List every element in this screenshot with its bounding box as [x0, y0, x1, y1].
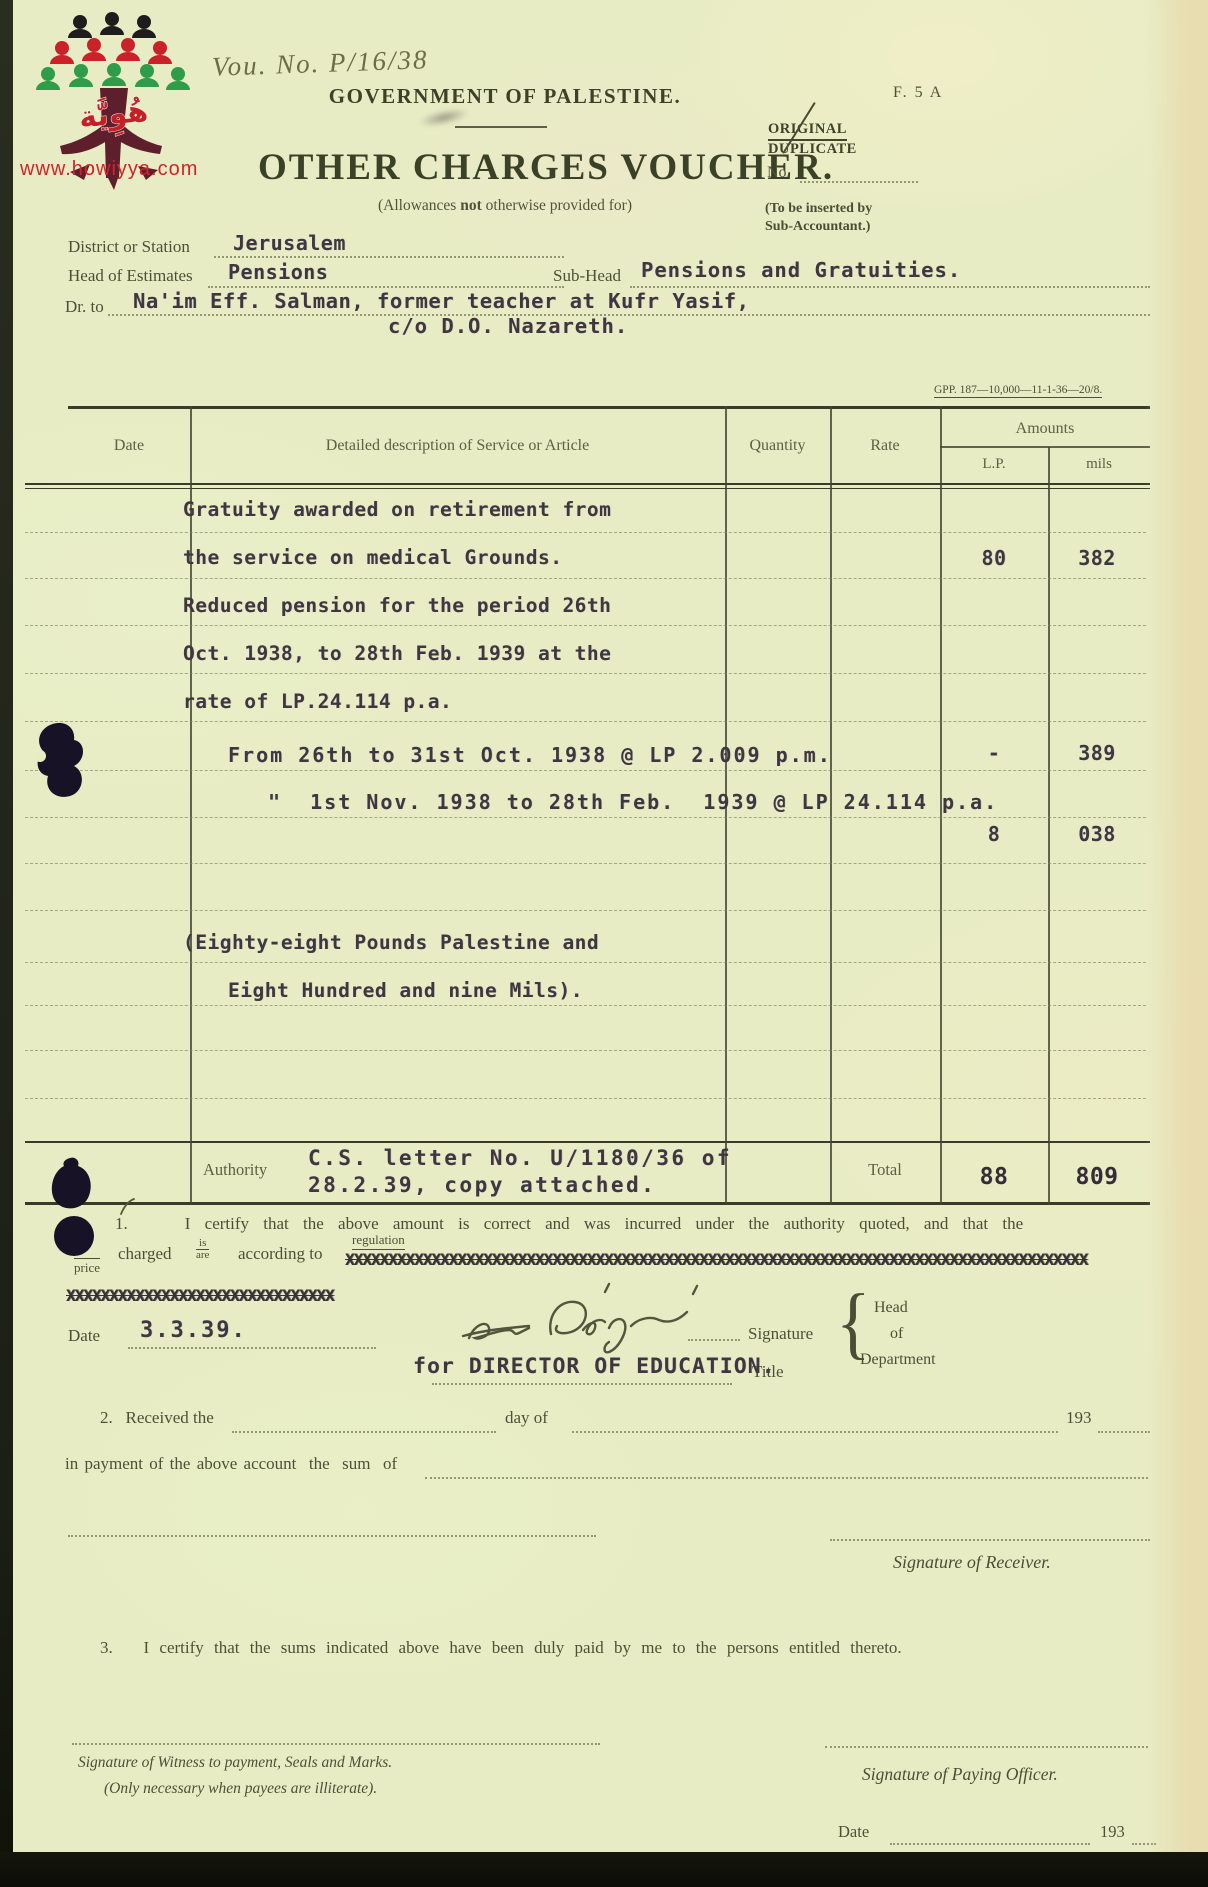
are-word: are: [196, 1250, 209, 1261]
insert-note-line2: Sub-Accountant.): [765, 219, 870, 235]
ruled-line: [25, 1005, 1146, 1007]
desc-line: From 26th to 31st Oct. 1938 @ LP 2.009 p…: [228, 743, 832, 767]
desc-line: Oct. 1938, to 28th Feb. 1939 at the: [183, 642, 611, 665]
date-line: [128, 1346, 376, 1349]
received-prefix: 2. Received the: [100, 1408, 214, 1428]
according-word: according to: [238, 1244, 323, 1264]
government-title: GOVERNMENT OF PALESTINE.: [0, 84, 1010, 109]
drto-line: [108, 313, 1150, 316]
ruled-line: [25, 770, 1146, 772]
receiver-left-line: [68, 1534, 596, 1537]
form-code: F. 5 A: [893, 84, 943, 102]
receiver-right-line: [830, 1538, 1150, 1541]
witness-text-2: (Only necessary when payees are illitera…: [104, 1780, 377, 1798]
desc-line: the service on medical Grounds.: [183, 546, 562, 569]
ruled-line: [25, 910, 1146, 912]
no-line: [800, 180, 918, 183]
date-value: 3.3.39.: [140, 1318, 247, 1343]
signature-line: [688, 1338, 740, 1341]
ruled-line: [25, 578, 1146, 580]
table-body-bottom-rule: [25, 1141, 1150, 1143]
head-of-department-3: Department: [860, 1351, 936, 1369]
desc-line: Reduced pension for the period 26th: [183, 594, 611, 617]
drto-value-1: Na'im Eff. Salman, former teacher at Kuf…: [133, 289, 749, 313]
table-header-bottom-rule: [25, 483, 1150, 489]
for-director-value: for DIRECTOR OF EDUCATION.: [413, 1354, 776, 1379]
howiyya-url: www.howiyya.com: [20, 158, 198, 181]
paying-officer-line: [825, 1745, 1148, 1748]
bottom-date-line: [890, 1842, 1090, 1845]
head-of-department-1: Head: [874, 1299, 908, 1317]
authority-value-1: C.S. letter No. U/1180/36 of: [308, 1146, 732, 1170]
witness-line: [72, 1742, 600, 1745]
col-header-description: Detailed description of Service or Artic…: [190, 437, 725, 455]
received-line-1: [232, 1430, 496, 1433]
ruled-line: [25, 962, 1146, 964]
estimates-value: Pensions: [228, 260, 328, 284]
day-of-label: day of: [505, 1408, 548, 1428]
regulation-word: regulation: [352, 1232, 405, 1250]
ruled-line: [25, 817, 1146, 819]
certify-line-1: 1. I certify that the above amount is co…: [115, 1214, 1023, 1234]
col-header-date: Date: [68, 437, 190, 455]
receiver-label: Signature of Receiver.: [893, 1552, 1051, 1573]
ruled-line: [25, 532, 1146, 534]
ruled-line: [25, 1098, 1146, 1100]
handwritten-voucher-no: Vou. No. P/16/38: [212, 44, 429, 83]
col-header-lp: L.P.: [940, 456, 1048, 473]
page-title: OTHER CHARGES VOUCHER.: [258, 146, 834, 189]
title-line: [432, 1382, 732, 1385]
voucher-subtitle: (Allowances not otherwise provided for): [250, 197, 760, 215]
price-word: price: [74, 1258, 100, 1276]
bottom-year: 193: [1100, 1822, 1125, 1842]
ruled-line: [25, 721, 1146, 723]
received-line-2: [572, 1430, 1058, 1433]
ruled-line: [25, 863, 1146, 865]
desc-line: Gratuity awarded on retirement from: [183, 498, 611, 521]
ink-blob-1: [28, 716, 104, 816]
total-label: Total: [830, 1160, 940, 1180]
table-top-rule: [68, 406, 1150, 409]
head-of-department-2: of: [890, 1325, 903, 1343]
received-year-line: [1098, 1430, 1150, 1433]
ink-blob-2: [40, 1156, 106, 1272]
amount-mils: 382: [1048, 546, 1146, 570]
ruled-line: [25, 625, 1146, 627]
desc-line: (Eighty-eight Pounds Palestine and: [183, 931, 599, 954]
col-header-rate: Rate: [830, 437, 940, 455]
subhead-line: [630, 285, 1150, 288]
desc-line: " 1st Nov. 1938 to 28th Feb. 1939 @ LP 2…: [268, 790, 998, 814]
subtitle-not: not: [460, 197, 482, 214]
drto-label: Dr. to: [65, 297, 104, 317]
amount-lp: -: [940, 741, 1048, 765]
subhead-label: Sub-Head: [553, 266, 621, 286]
original-label: ORIGINAL: [768, 121, 847, 141]
amount-mils: 038: [1048, 822, 1146, 846]
desc-line: Eight Hundred and nine Mils).: [228, 979, 583, 1002]
amount-lp: 8: [940, 822, 1048, 846]
col-header-amounts: Amounts: [940, 420, 1150, 438]
total-lp: 88: [940, 1164, 1048, 1190]
ruled-line: [25, 673, 1146, 675]
date-label: Date: [68, 1326, 100, 1346]
struck-out-text-long: XXXXXXXXXXXXXXXXXXXXXXXXXXXXXXXXXXXXXXXX…: [345, 1250, 1147, 1269]
total-mils: 809: [1048, 1164, 1146, 1190]
paper-right-band: [1146, 0, 1208, 1887]
paying-officer-label: Signature of Paying Officer.: [862, 1764, 1058, 1785]
estimates-label: Head of Estimates: [68, 266, 193, 286]
estimates-line: [208, 285, 564, 288]
subtitle-pre: (Allowances: [378, 197, 460, 214]
subhead-value: Pensions and Gratuities.: [641, 258, 961, 282]
bottom-date-label: Date: [838, 1822, 869, 1842]
col-header-mils: mils: [1048, 456, 1150, 473]
fraction-is-are: is are: [196, 1238, 209, 1261]
witness-text-1: Signature of Witness to payment, Seals a…: [78, 1754, 392, 1772]
authority-label: Authority: [203, 1160, 267, 1180]
no-label: No.: [767, 164, 791, 182]
print-ref: GPP. 187—10,000—11-1-36—20/8.: [934, 384, 1102, 398]
drto-value-2: c/o D.O. Nazareth.: [388, 314, 628, 338]
subtitle-post: otherwise provided for): [482, 197, 632, 214]
insert-note-line1: (To be inserted by: [765, 201, 872, 217]
amount-mils: 389: [1048, 741, 1146, 765]
voucher-scan: هُوِيَّة www.howiyya.com Vou. No. P/16/3…: [0, 0, 1208, 1887]
district-label: District or Station: [68, 237, 190, 257]
col-line-date: [190, 406, 192, 1205]
heading-separator: [455, 126, 547, 128]
received-year: 193: [1066, 1408, 1092, 1428]
sum-line: in payment of the above account the sum …: [65, 1454, 397, 1474]
district-line: [214, 255, 564, 258]
amount-lp: 80: [940, 546, 1048, 570]
table-bottom-rule: [25, 1202, 1150, 1205]
sum-line-rule: [425, 1476, 1148, 1479]
scan-bottom-edge: [0, 1852, 1208, 1887]
signature-label: Signature: [748, 1324, 813, 1344]
charged-word: charged: [118, 1244, 172, 1264]
scan-left-edge: [0, 0, 13, 1887]
authority-value-2: 28.2.39, copy attached.: [308, 1173, 656, 1197]
amounts-underline: [940, 446, 1150, 448]
paid-certify-line: 3. I certify that the sums indicated abo…: [100, 1638, 902, 1658]
struck-out-text-short: XXXXXXXXXXXXXXXXXXXXXXXXXXXXXXX: [66, 1286, 336, 1305]
desc-line: rate of LP.24.114 p.a.: [183, 690, 452, 713]
district-value: Jerusalem: [233, 231, 346, 255]
ruled-line: [25, 1050, 1146, 1052]
col-header-quantity: Quantity: [725, 437, 830, 455]
